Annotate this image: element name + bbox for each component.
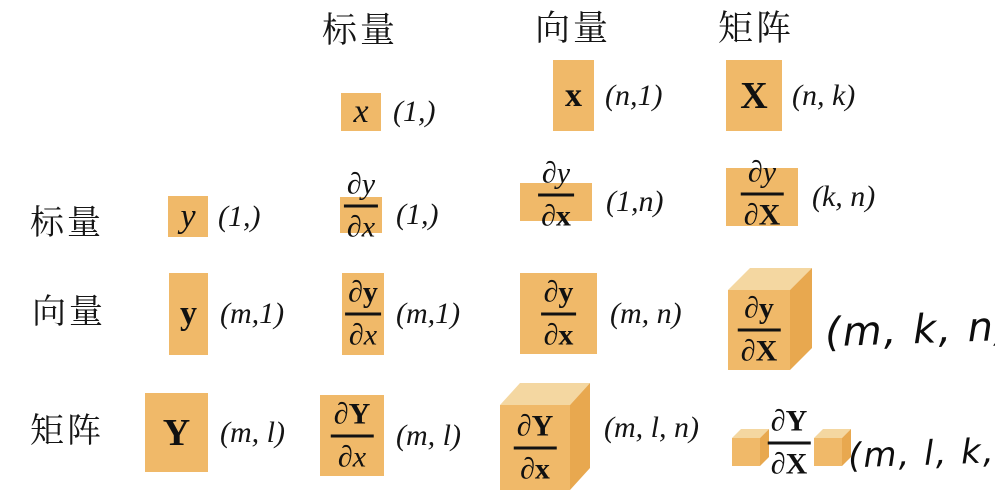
shape-label: (1,n): [606, 187, 663, 217]
fraction-bar: [738, 329, 781, 332]
cell-dYmat-dXmat: ∂Y ∂X (m, l, k, n): [764, 404, 814, 482]
cell-dYmat-dx: ∂Y ∂x (m, l): [320, 395, 384, 476]
cell-dy-dx: ∂y ∂x (1,): [340, 197, 382, 233]
fraction-bar: [541, 312, 577, 315]
shape-label: (n, k): [792, 81, 855, 111]
shape-label: (k, n): [812, 182, 875, 212]
cell-X-matrix: X (n, k): [726, 60, 782, 131]
fraction-denominator: ∂x: [335, 442, 369, 472]
cell-dyvec-dx: ∂y ∂x (m,1): [342, 273, 384, 355]
cell-Y-matrix: Y (m, l): [145, 393, 208, 472]
fraction-numerator: ∂y: [345, 278, 381, 308]
cell-dy-dxvec: ∂y ∂x (1,n): [520, 183, 592, 221]
derivative-fraction: ∂Y ∂x: [331, 399, 374, 472]
fraction-numerator: ∂y: [344, 170, 378, 200]
cell-x-scalar: x (1,): [341, 93, 381, 131]
derivative-fraction: ∂Y ∂X: [768, 407, 811, 480]
row-header-matrix: 矩阵: [30, 414, 104, 450]
col-header-scalar: 标量: [322, 13, 398, 50]
shape-label: (1,): [218, 202, 260, 232]
cell-x-vector: x (n,1): [553, 60, 594, 131]
fraction-denominator: ∂X: [768, 450, 811, 480]
math-symbol: x: [353, 95, 368, 129]
derivative-fraction: ∂y ∂X: [741, 158, 784, 231]
fraction-numerator: ∂y: [539, 159, 573, 189]
fraction-numerator: ∂Y: [514, 411, 557, 441]
derivative-fraction: ∂y ∂x: [541, 277, 577, 350]
derivative-fraction: ∂y ∂x: [344, 170, 378, 243]
shape-label: (m,1): [220, 299, 284, 329]
fraction-bar: [345, 313, 381, 316]
handwritten-shape-label: (m, k, n): [824, 307, 995, 354]
fraction-bar: [538, 194, 574, 197]
fraction-bar: [344, 205, 378, 208]
cell-dyvec-dXmat: ∂y ∂X (m, k, n): [728, 290, 790, 370]
fraction-numerator: ∂y: [541, 277, 577, 307]
math-symbol: y: [180, 297, 197, 331]
math-symbol: Y: [163, 414, 190, 452]
fraction-bar: [514, 446, 557, 449]
small-tensor-cube-left-icon: [732, 429, 769, 466]
fraction-denominator: ∂x: [541, 320, 577, 350]
shape-label: (n,1): [605, 81, 662, 111]
handwritten-shape-label: (m, l, k, n): [847, 433, 995, 474]
shape-label: (m, n): [610, 299, 682, 329]
fraction-denominator: ∂x: [517, 454, 553, 484]
fraction-numerator: ∂y: [741, 294, 777, 324]
derivative-fraction: ∂Y ∂x: [514, 411, 557, 484]
fraction-bar: [331, 434, 374, 437]
small-tensor-cube-right-icon: [814, 429, 851, 466]
shape-label: (1,): [393, 97, 435, 127]
shape-label: (m, l): [220, 418, 285, 448]
derivative-fraction: ∂y ∂x: [345, 278, 381, 351]
fraction-denominator: ∂x: [344, 213, 378, 243]
fraction-bar: [741, 193, 784, 196]
shape-label: (m, l): [396, 421, 461, 451]
shape-label: (m, l, n): [604, 413, 699, 443]
derivative-fraction: ∂y ∂X: [738, 294, 781, 367]
fraction-denominator: ∂x: [538, 202, 574, 232]
row-header-scalar: 标量: [30, 206, 104, 242]
row-header-vector: 向量: [32, 295, 106, 331]
shape-label: (m,1): [396, 299, 460, 329]
fraction-numerator: ∂Y: [331, 399, 374, 429]
math-symbol: x: [565, 79, 582, 113]
fraction-numerator: ∂Y: [768, 407, 811, 437]
fraction-denominator: ∂X: [741, 201, 784, 231]
fraction-bar: [768, 442, 811, 445]
fraction-denominator: ∂X: [738, 337, 781, 367]
col-header-vector: 向量: [535, 11, 611, 48]
math-symbol: y: [180, 200, 195, 234]
fraction-numerator: ∂y: [745, 158, 779, 188]
cell-y-vector: y (m,1): [169, 273, 208, 355]
cell-y-scalar: y (1,): [168, 196, 208, 237]
cell-dYmat-dxvec: ∂Y ∂x (m, l, n): [500, 405, 570, 490]
shape-label: (1,): [396, 200, 438, 230]
tensor-derivative-shape-diagram: 标量 向量 矩阵 标量 向量 矩阵 x (1,) x (n,1) X (n, k…: [0, 0, 995, 494]
cell-dy-dXmat: ∂y ∂X (k, n): [726, 168, 798, 226]
derivative-fraction: ∂y ∂x: [538, 159, 574, 232]
fraction-denominator: ∂x: [346, 321, 380, 351]
math-symbol: X: [740, 77, 767, 115]
cell-dyvec-dxvec: ∂y ∂x (m, n): [520, 273, 597, 354]
col-header-matrix: 矩阵: [718, 11, 794, 48]
